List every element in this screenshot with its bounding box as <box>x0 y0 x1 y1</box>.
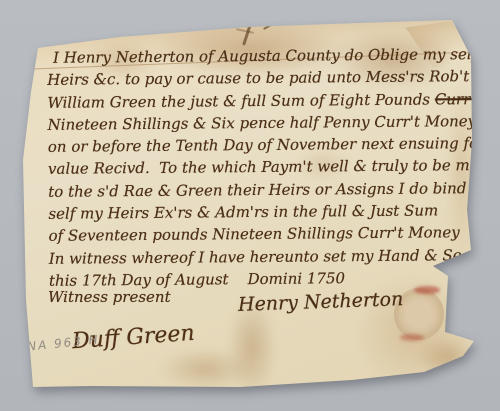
document-paper: I Henry Netherton of Augusta County do O… <box>0 0 500 411</box>
manuscript-text: I Henry Netherton of Augusta County do O… <box>47 43 465 292</box>
struck-word: Curr't <box>435 90 481 108</box>
manuscript-line-text: William Green the just & full Sum of Eig… <box>47 90 430 111</box>
manuscript-line: Heirs &c. to pay or cause to be paid unt… <box>47 65 463 91</box>
manuscript-line: value Recivd. To the which Paym't well &… <box>48 155 464 181</box>
document-paper-wrap: I Henry Netherton of Augusta County do O… <box>0 0 500 411</box>
photo-background: I Henry Netherton of Augusta County do O… <box>0 0 500 411</box>
manuscript-line: In witness whereof I have hereunto set m… <box>49 244 465 270</box>
manuscript-line: of Seventeen pounds Nineteen Shillings C… <box>48 222 464 248</box>
stain <box>158 348 253 390</box>
